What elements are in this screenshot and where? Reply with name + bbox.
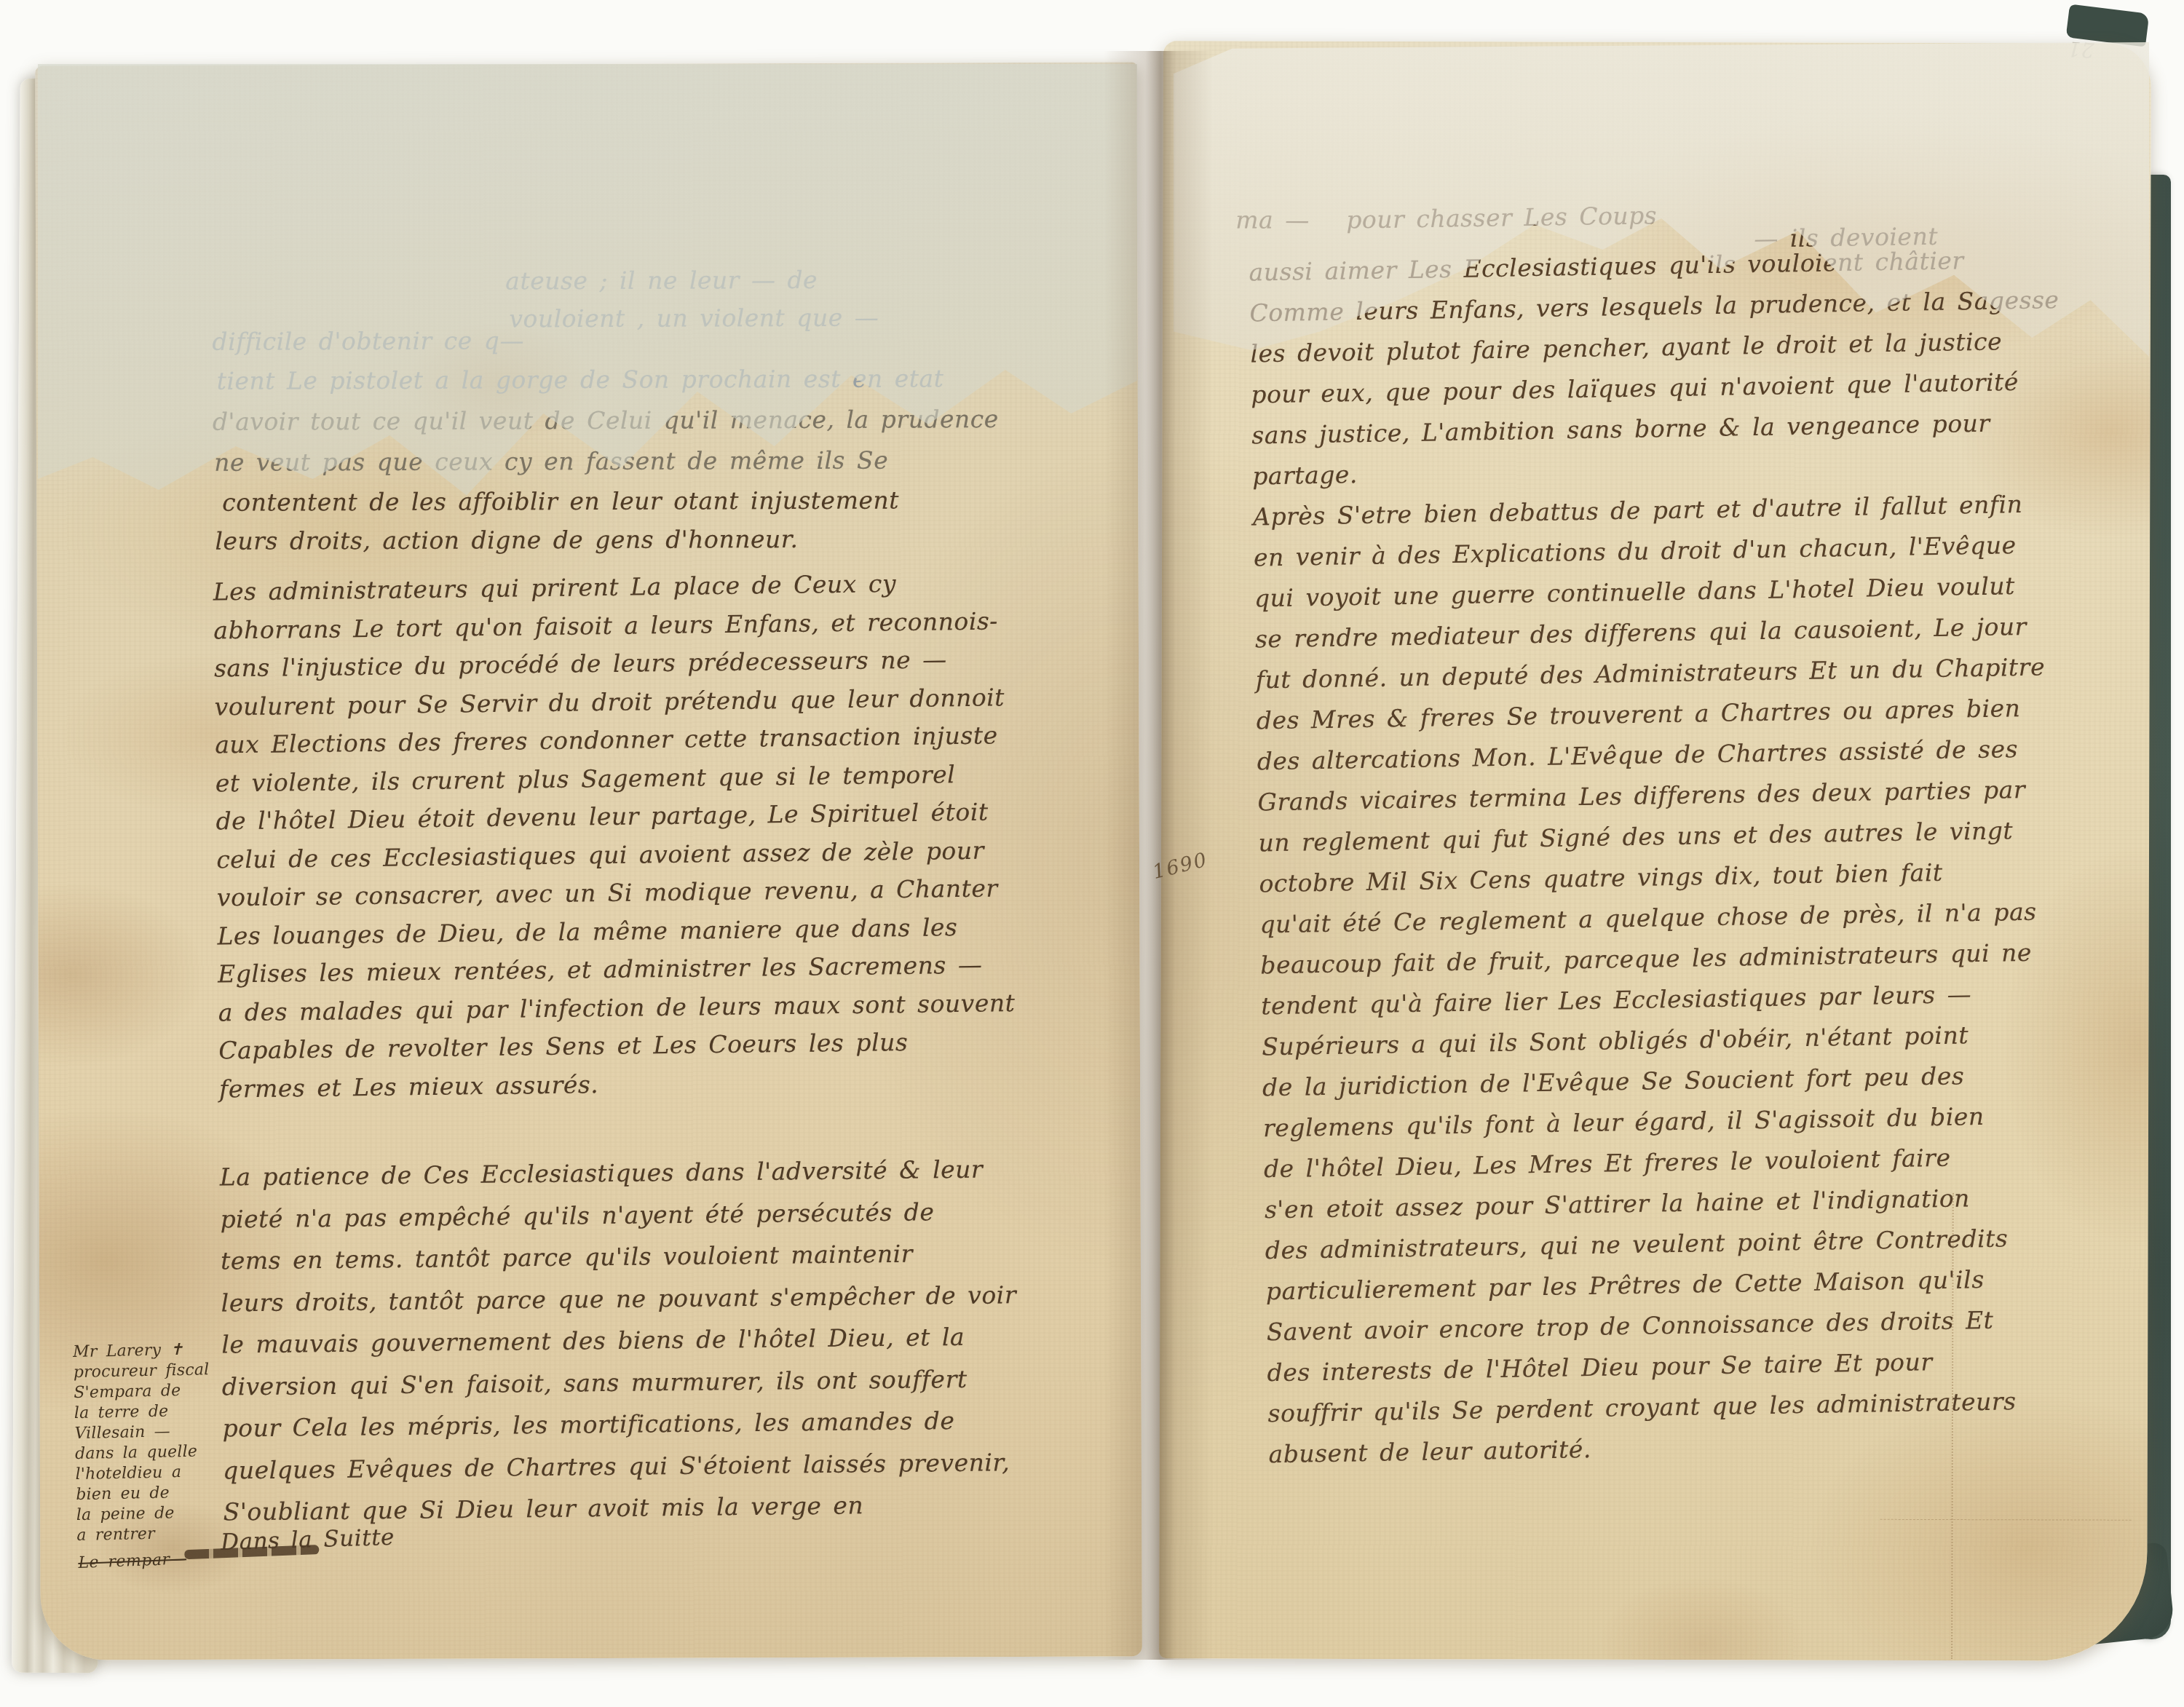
- right-page: ma — pour chasser Les Coups — ils devoie…: [1159, 41, 2151, 1661]
- opening-line: contentent de les affoiblir en leur otan…: [222, 480, 899, 523]
- page-number: 21: [2067, 37, 2094, 63]
- manuscript-line: procureur fiscal: [73, 1360, 209, 1383]
- opening-line: tient Le pistolet a la gorge de Son proc…: [217, 358, 944, 400]
- paragraph-patience: La patience de Ces Ecclesiastiques dans …: [220, 1148, 1019, 1533]
- faded-fragment-line: vouloient , un violent que —: [509, 304, 879, 333]
- opening-line: ne veut pas que ceux cy en fassent de mê…: [214, 440, 888, 483]
- manuscript-line: bien eu de: [76, 1482, 212, 1505]
- manuscript-line: le mauvais gouvernement des biens de l'h…: [221, 1315, 1017, 1366]
- manuscript-line: la peine de: [76, 1502, 213, 1526]
- manuscript-line: Mr Larery ✝: [73, 1339, 209, 1363]
- manuscript-line: la terre de: [74, 1401, 210, 1424]
- margin-note-struck-line: Le rempar—: [78, 1550, 187, 1572]
- ruled-margin-line-horizontal: [1880, 1519, 2132, 1521]
- faded-fragment-line: ateuse ; il ne leur — de: [505, 266, 818, 295]
- manuscript-line: Villesain —: [74, 1421, 210, 1444]
- manuscript-line: La patience de Ces Ecclesiastiques dans …: [220, 1148, 1016, 1198]
- top-fragment-line: pour chasser Les Coups: [1346, 201, 1657, 234]
- manuscript-line: a rentrer: [76, 1523, 213, 1546]
- manuscript-line: tems en tems. tantôt parce qu'ils vouloi…: [221, 1232, 1016, 1282]
- manuscript-line: pour Cela les mépris, les mortifications…: [222, 1399, 1018, 1449]
- manuscript-line: quelques Evêques de Chartres qui S'étoie…: [223, 1441, 1018, 1492]
- top-fragment-line: ma —: [1235, 205, 1310, 234]
- margin-year-annotation: 1690: [1150, 849, 1210, 884]
- paragraph-administrateurs: Les administrateurs qui prirent La place…: [213, 563, 1016, 1108]
- manuscript-line: l'hoteldieu a: [75, 1462, 211, 1485]
- struck-continuation-line: Dans la Suitte: [221, 1524, 395, 1556]
- manuscript-line: S'empara de: [74, 1380, 210, 1403]
- manuscript-scan: ateuse ; il ne leur — de vouloient , un …: [0, 0, 2184, 1707]
- opening-line: d'avoir tout ce qu'il veut de Celui qu'i…: [213, 399, 999, 442]
- opening-line: leurs droits, action digne de gens d'hon…: [215, 519, 798, 561]
- left-page: ateuse ; il ne leur — de vouloient , un …: [35, 62, 1142, 1660]
- right-page-body: aussi aimer Les Ecclesiastiques qu'ils v…: [1249, 239, 2078, 1475]
- manuscript-line: dans la quelle: [75, 1441, 211, 1465]
- opening-line: difficile d'obtenir ce q—: [212, 320, 524, 361]
- margin-note: Mr Larery ✝procureur fiscalS'empara dela…: [73, 1339, 213, 1546]
